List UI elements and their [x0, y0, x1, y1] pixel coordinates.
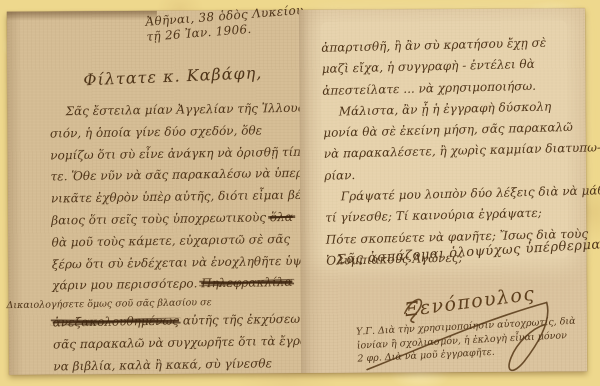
text-segment: μαζὶ εἴχα, ἡ συγγραφὴ - ἐντέλει θὰ — [322, 57, 535, 76]
text-segment: Μάλιστα, ἂν ᾖ ἡ ἐγγραφὴ δύσκολη — [339, 99, 552, 118]
crossed-out-text: ὅλα — [270, 210, 293, 224]
letter-heading: Ἀθῆναι, 38 ὁδὸς Λυκείου τῇ 26 Ἰαν. 1906. — [145, 3, 307, 45]
text-segment: ξέρω ὅτι σὺ ἐνδέχεται νὰ ἐνοχληθῆτε ὑψη- — [52, 253, 313, 271]
text-segment: σιόν, ἡ ὁποία γίνε δύο σχεδόν, ὅθε — [50, 123, 262, 140]
handwritten-line: θὰ μοῦ τοὺς κάμετε, εὐχαριστῶ σὲ σᾶς — [51, 229, 303, 255]
letter-photograph: Ἀθῆναι, 38 ὁδὸς Λυκείου τῇ 26 Ἰαν. 1906.… — [0, 0, 600, 386]
text-segment: να βιβλία, καλὰ ἢ κακά, σὺ γίνεσθε — [53, 356, 272, 373]
handwritten-line: χάριν μου περισσότερο. Πηλεφρακλίλα — [52, 272, 304, 298]
handwritten-line: να βιβλία, καλὰ ἢ κακά, σὺ γίνεσθε — [53, 353, 305, 379]
letter-sheet: Ἀθῆναι, 38 ὁδὸς Λυκείου τῇ 26 Ἰαν. 1906.… — [7, 8, 587, 375]
text-segment: θὰ μοῦ τοὺς κάμετε, εὐχαριστῶ σὲ σᾶς — [51, 232, 290, 250]
salutation: Φίλτατε κ. Καβάφη, — [83, 63, 263, 89]
letter-page-left: Ἀθῆναι, 38 ὁδὸς Λυκείου τῇ 26 Ἰαν. 1906.… — [7, 10, 301, 375]
text-segment: Γράψατέ μου λοιπὸν δύο λέξεις διὰ νὰ μάθ… — [341, 183, 600, 203]
text-segment: νὰ παρακαλέσετε, ἢ χωρὶς καμμίαν διατυπω… — [324, 141, 600, 162]
letter-page-right: ἀπαρτισθῆ, ἢ ἂν σὺ κρατήσου ἔχῃ σὲμαζὶ ε… — [299, 8, 587, 373]
text-segment: μονία θὰ σὲ ἐκείνη μήση, σᾶς παρακαλῶ — [323, 120, 573, 140]
postscript: Υ.Γ. Διὰ τὴν χρησιμοποίησιν αὐτοχρωτίς, … — [356, 315, 568, 366]
text-segment: τί γίνεσθε; Τί καινούρια ἐγράψατε; — [325, 206, 542, 225]
signature: Ξενόπουλος — [404, 283, 537, 322]
paper-corner-fold — [7, 11, 157, 21]
text-segment: τε. Ὅθε νῦν νὰ σᾶς παρακαλέσω νὰ ὑπερ- — [50, 166, 307, 184]
text-segment: χάριν μου περισσότερο. — [52, 277, 201, 293]
text-segment: σᾶς παρακαλῶ νὰ συγχωρῆτε ὅτι τὰ ἔγρα- — [53, 334, 312, 352]
text-segment: ἀπεστείλατε ... νὰ χρησιμοποιήσω. — [322, 78, 536, 97]
text-segment: βαιος ὅτι σεῖς τοὺς ὑποχρεωτικοὺς — [51, 210, 270, 227]
handwritten-line: Σᾶς ἔστειλα μίαν Ἀγγελίαν τῆς Ἰλλουστρα- — [49, 98, 301, 124]
text-segment: ἀπαρτισθῆ, ἢ ἂν σὺ κρατήσου ἔχῃ σὲ — [321, 36, 546, 55]
text-segment: Δικαιολογήσετε ὅμως σοῦ σᾶς βλασίου σε — [6, 297, 211, 311]
text-segment: ρίαν. — [324, 168, 355, 183]
crossed-out-text: ἀνεξακολουθημένως — [53, 314, 179, 330]
crossed-out-text: Πηλεφρακλίλα — [201, 275, 292, 290]
right-page-body: ἀπαρτισθῆ, ἢ ἂν σὺ κρατήσου ἔχῃ σὲμαζὶ ε… — [321, 32, 582, 272]
text-segment: Σᾶς ἔστειλα μίαν Ἀγγελίαν τῆς Ἰλλουστρα- — [65, 100, 331, 118]
left-page-body: Σᾶς ἔστειλα μίαν Ἀγγελίαν τῆς Ἰλλουστρα-… — [49, 98, 305, 378]
text-segment: νομίζω ὅτι σὺ εἶνε ἀνάγκη νὰ ὁρισθῇ τίπο… — [50, 144, 312, 162]
text-segment: νικᾶτε ἐχθρὸν ὑπὲρ αὐτῆς, διότι εἶμαι βέ… — [51, 188, 306, 206]
